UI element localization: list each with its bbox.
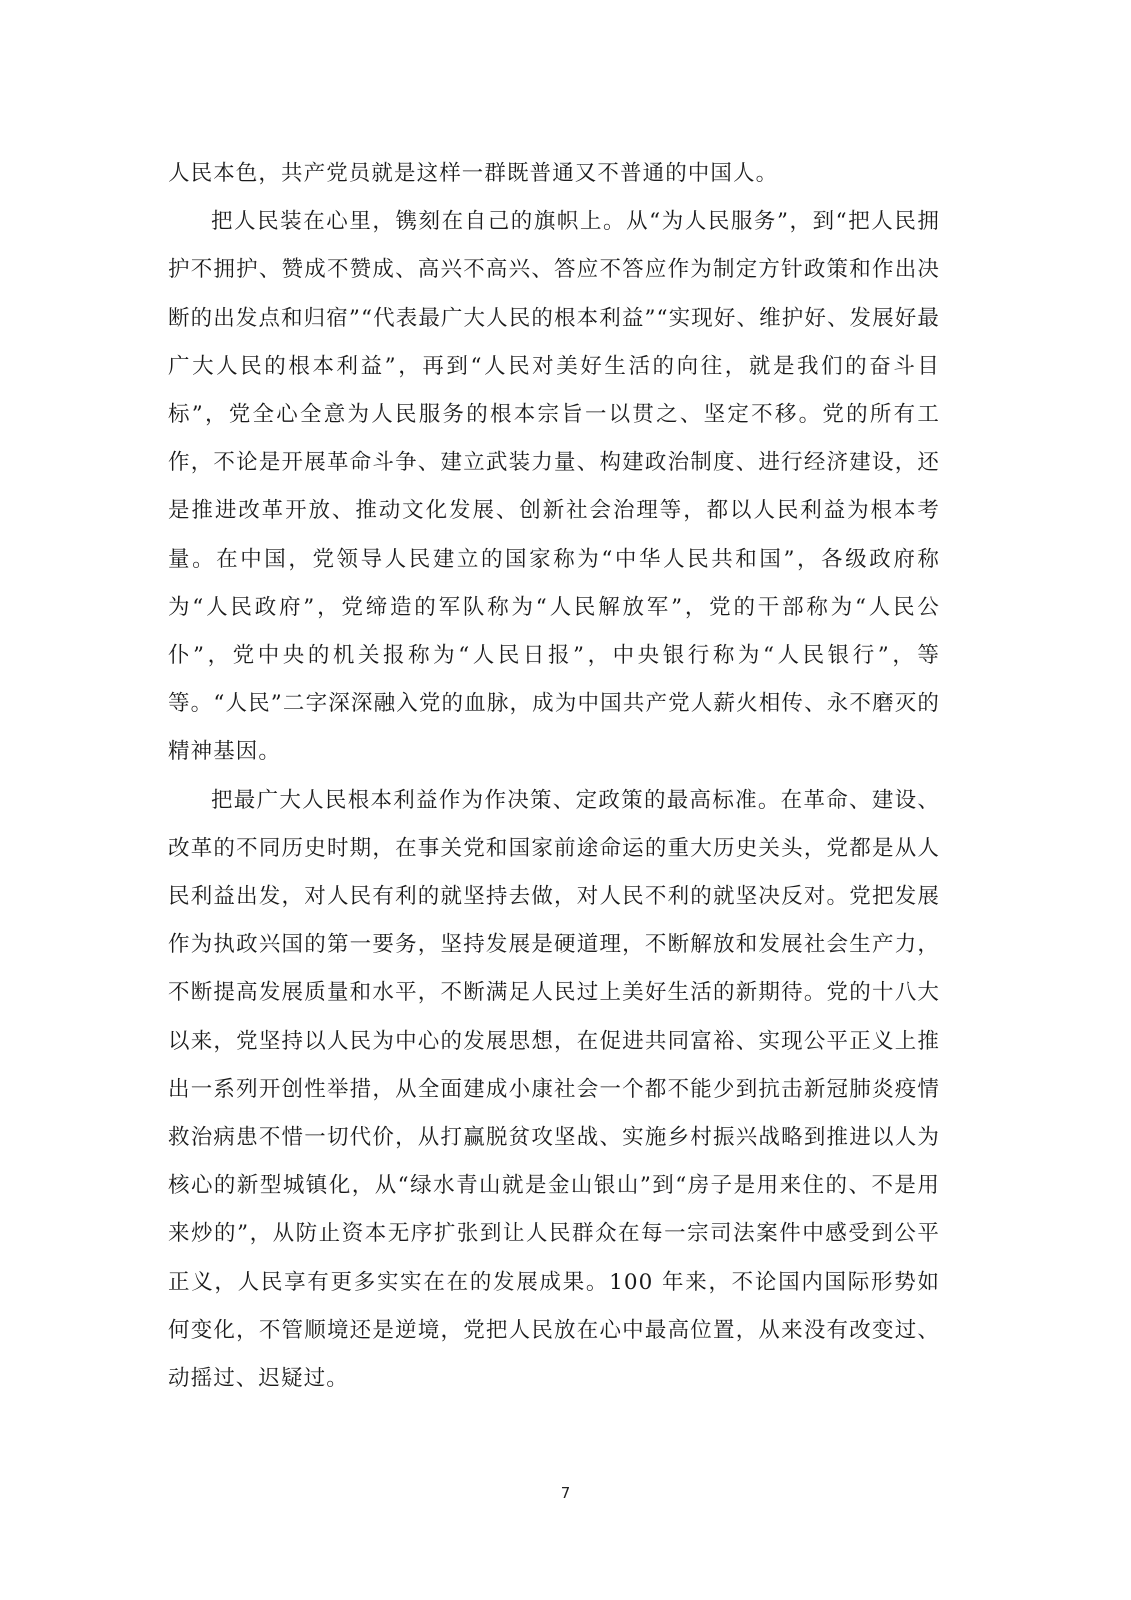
page-number: 7	[0, 1484, 1131, 1502]
paragraph-fundamental-interests: 把最广大人民根本利益作为作决策、定政策的最高标准。在革命、建设、改革的不同历史时…	[168, 777, 940, 1404]
paragraph-continuation: 人民本色，共产党员就是这样一群既普通又不普通的中国人。	[168, 150, 940, 198]
paragraph-people-in-heart: 把人民装在心里，镌刻在自己的旗帜上。从“为人民服务”，到“把人民拥护不拥护、赞成…	[168, 198, 940, 776]
document-page-body: 人民本色，共产党员就是这样一群既普通又不普通的中国人。 把人民装在心里，镌刻在自…	[168, 150, 940, 1403]
